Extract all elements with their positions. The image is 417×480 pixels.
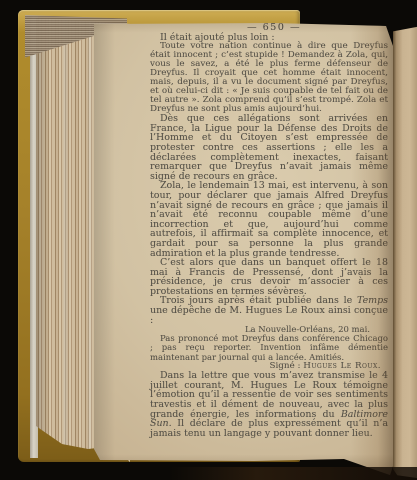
paragraph-allegations: Dès que ces allégations sont arrivées en…: [150, 114, 388, 181]
book-page: — 650 — Il était ajouté plus loin : Tout…: [94, 19, 396, 477]
paragraph-temps-dispatch: Trois jours après était publiée dans le …: [150, 296, 388, 325]
table-surface: [170, 467, 417, 480]
printed-text-column: — 650 — Il était ajouté plus loin : Tout…: [150, 23, 388, 438]
paragraph-banquet: C’est alors que dans un banquet offert l…: [150, 258, 388, 296]
paragraph-letter: Dans la lettre que vous m’avez transmise…: [150, 371, 388, 438]
book-photograph: — 650 — Il était ajouté plus loin : Tout…: [0, 0, 417, 480]
blockquote-zola-nation: Toute votre nation continue à dire que D…: [150, 42, 388, 114]
facing-page-edge: [393, 26, 417, 478]
letter-text-post: . Il déclare de plus expressément qu’il …: [150, 418, 388, 439]
dispatch-text-post: une dépêche de M. Hugues Le Roux ainsi c…: [150, 305, 388, 326]
paragraph-zola-declaration: Zola, le lendemain 13 mai, est intervenu…: [150, 181, 388, 258]
telegram-body: Pas prononcé mot Dreyfus dans conférence…: [150, 334, 388, 362]
